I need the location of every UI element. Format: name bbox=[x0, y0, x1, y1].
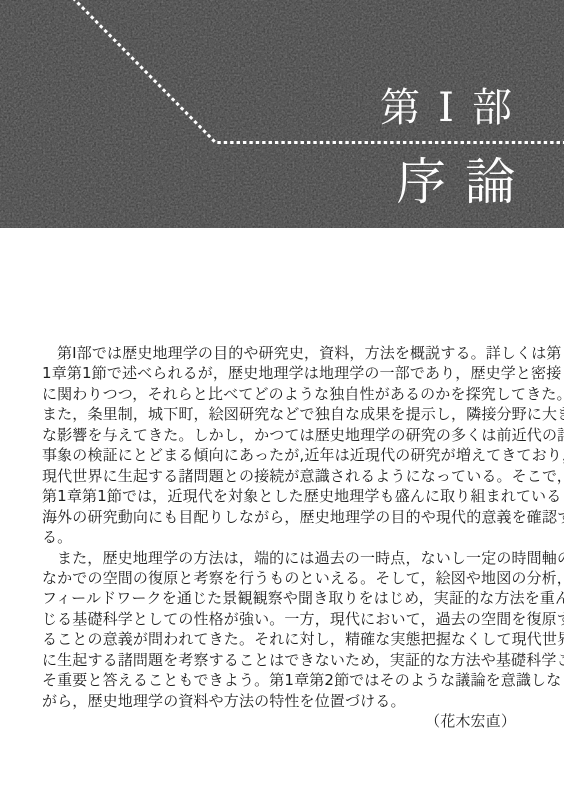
text-line: ることの意義が問われてきた。それに対し，精確な実態把握なくして現代世界 bbox=[42, 629, 524, 649]
text-line: また，歴史地理学の方法は，端的には過去の一時点，ないし一定の時間軸の bbox=[42, 548, 524, 568]
text-line: じる基礎科学としての性格が強い。一方，現代において，過去の空間を復原す bbox=[42, 609, 524, 629]
book-page: 第Ⅰ部 序論 第Ⅰ部では歴史地理学の目的や研究史，資料，方法を概説する。詳しくは… bbox=[0, 0, 564, 800]
part-number-label: 第Ⅰ部 bbox=[380, 88, 530, 128]
paragraph-1: 第Ⅰ部では歴史地理学の目的や研究史，資料，方法を概説する。詳しくは第 1章第1節… bbox=[42, 343, 524, 548]
main-text: 第Ⅰ部では歴史地理学の目的や研究史，資料，方法を概説する。詳しくは第 1章第1節… bbox=[42, 343, 524, 732]
text-line: フィールドワークを通じた景観観察や聞き取りをはじめ，実証的な方法を重ん bbox=[42, 588, 524, 608]
text-line: がら，歴史地理学の資料や方法の特性を位置づける。 bbox=[42, 691, 524, 711]
text-line: に関わりつつ，それらと比べてどのような独自性があるのかを探究してきた。 bbox=[42, 384, 524, 404]
paragraph-2: また，歴史地理学の方法は，端的には過去の一時点，ないし一定の時間軸の なかでの空… bbox=[42, 548, 524, 712]
text-line: 事象の検証にとどまる傾向にあったが,近年は近現代の研究が増えてきており， bbox=[42, 445, 524, 465]
text-line: 第Ⅰ部では歴史地理学の目的や研究史，資料，方法を概説する。詳しくは第 bbox=[42, 343, 524, 363]
part-title-banner: 第Ⅰ部 序論 bbox=[0, 0, 564, 228]
part-title: 序論 bbox=[396, 157, 534, 207]
text-line: 第1章第1節では，近現代を対象とした歴史地理学も盛んに取り組まれている bbox=[42, 486, 524, 506]
text-line: また，条里制，城下町，絵図研究などで独自な成果を提示し，隣接分野に大き bbox=[42, 404, 524, 424]
text-line: なかでの空間の復原と考察を行うものといえる。そして，絵図や地図の分析， bbox=[42, 568, 524, 588]
author-attribution: （花木宏直） bbox=[42, 711, 524, 731]
text-line: そ重要と答えることもできよう。第1章第2節ではそのような議論を意識しな bbox=[42, 670, 524, 690]
text-line: な影響を与えてきた。しかし，かつては歴史地理学の研究の多くは前近代の諸 bbox=[42, 425, 524, 445]
text-line: 現代世界に生起する諸問題との接続が意識されるようになっている。そこで， bbox=[42, 466, 524, 486]
text-line: 1章第1節で述べられるが，歴史地理学は地理学の一部であり，歴史学と密接 bbox=[42, 363, 524, 383]
text-line: る。 bbox=[42, 527, 524, 547]
text-line: 海外の研究動向にも目配りしながら，歴史地理学の目的や現代的意義を確認す bbox=[42, 507, 524, 527]
text-line: に生起する諸問題を考察することはできないため，実証的な方法や基礎科学こ bbox=[42, 650, 524, 670]
